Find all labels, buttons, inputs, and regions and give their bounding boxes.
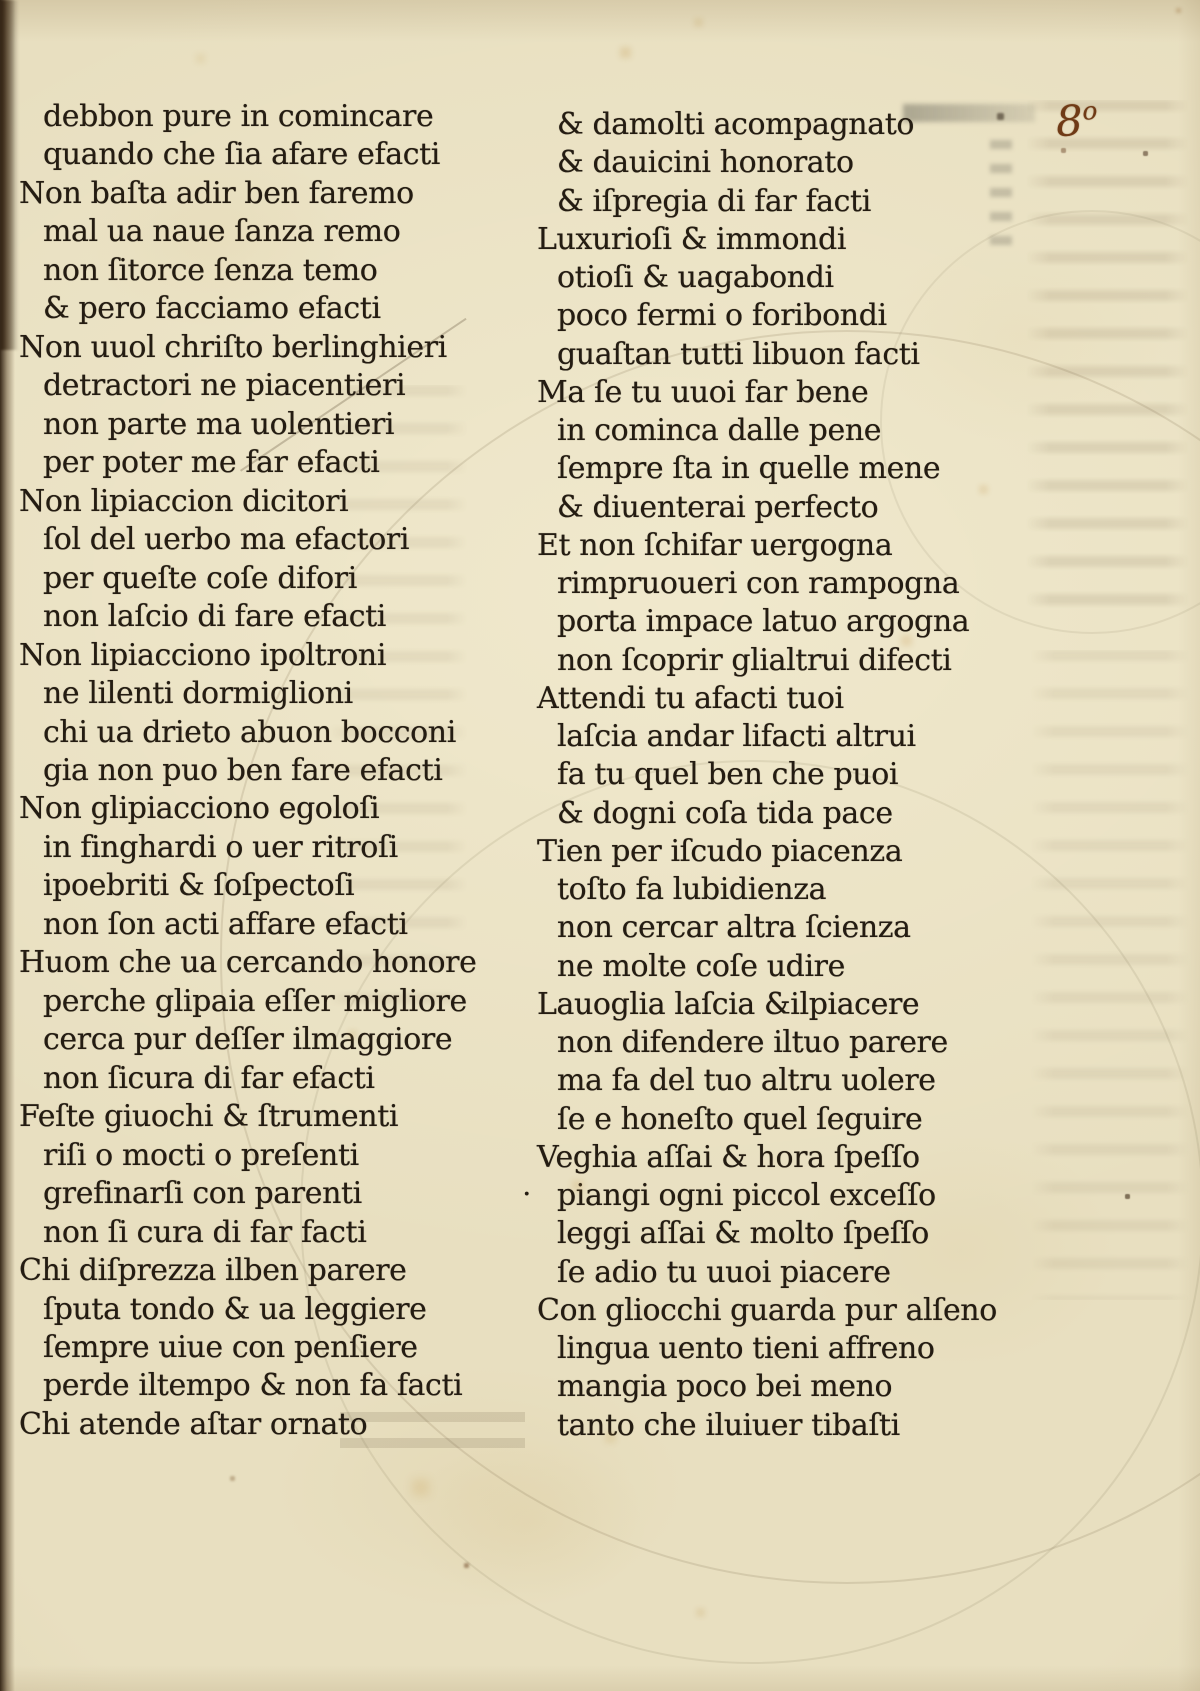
vignette-overlay (0, 0, 1200, 1691)
binding-edge (0, 0, 18, 1691)
page-scan: { "page": { "folio": { "digit": "8", "su… (0, 0, 1200, 1691)
